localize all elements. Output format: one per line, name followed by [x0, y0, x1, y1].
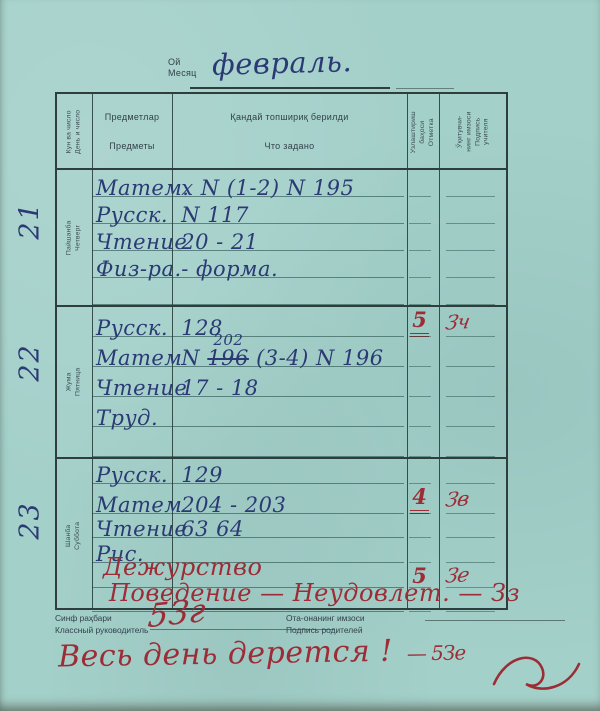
margin-date-saturday: 23 — [8, 488, 52, 552]
day-label-thursday: Пайшанба Четверг — [57, 170, 92, 305]
table-row: Чтение 17 - 18 — [92, 367, 506, 397]
class-teacher-label: Синф раҳбари Классный руководитель — [55, 612, 148, 636]
teacher-signature: Зч — [443, 309, 471, 335]
diary-table: Кун ва число День и число Предметлар Пре… — [55, 92, 508, 610]
header-task-column: Қандай топшириқ берилди Что задано — [172, 94, 407, 170]
table-row — [92, 278, 506, 305]
parents-signature-line — [425, 620, 565, 621]
diary-page: Ой Месяц февраль. 21 22 23 Кун ва число … — [0, 0, 600, 711]
table-row: Чтение 20 - 21 — [92, 224, 506, 251]
header-day-column: Кун ва число День и число — [57, 94, 92, 170]
table-row: Русск. N 117 — [92, 197, 506, 224]
margin-date-thursday: 21 — [8, 188, 52, 252]
day-block-friday: Жума Пятница Русск. 128 5 Зч Матем N 196… — [57, 305, 506, 457]
class-teacher-signature: 5Зг — [146, 591, 208, 636]
table-row: Матем N 196202 (3-4) N 196 — [92, 337, 506, 367]
day-block-saturday: Шанба Суббота Русск. 129 Матем 204 - 203… — [57, 457, 506, 612]
month-label-ru: Месяц — [168, 68, 197, 79]
day-label-saturday: Шанба Суббота — [57, 459, 92, 612]
month-label: Ой Месяц — [168, 57, 197, 80]
table-row: Русск. 128 5 Зч — [92, 307, 506, 337]
table-row: Чтение 63 64 — [92, 514, 506, 539]
teacher-remark: Весь день дерется !— 5Зе — [58, 632, 466, 674]
day-block-thursday: Пайшанба Четверг Матем. х N (1-2) N 195 … — [57, 170, 506, 305]
table-header: Кун ва число День и число Предметлар Пре… — [57, 94, 506, 170]
parents-signature-label: Ота-онанинг имзоси Подпись родителей — [286, 612, 365, 636]
teacher-signature: Зв — [443, 486, 470, 511]
red-entry-duty: Дежурство — [103, 553, 262, 581]
table-row: Матем. х N (1-2) N 195 — [92, 170, 506, 197]
table-row — [92, 427, 506, 457]
table-row: Русск. 129 — [92, 459, 506, 484]
grade-mark: 5 — [410, 307, 429, 337]
month-underline — [190, 87, 390, 89]
table-row: Матем 204 - 203 4 Зв — [92, 484, 506, 514]
header-grade-column: Узлаштириш баҳоси Отметка — [407, 94, 439, 170]
table-row: Труд. — [92, 397, 506, 427]
header-subject-column: Предметлар Предметы — [92, 94, 172, 170]
table-row: Физ-ра. - форма. — [92, 251, 506, 278]
day-label-friday: Жума Пятница — [57, 307, 92, 457]
header-signature-column: Ўқитувчи- нинг имзоси Подпись учителя — [439, 94, 510, 170]
month-label-uz: Ой — [168, 57, 197, 68]
margin-date-friday: 22 — [8, 330, 52, 394]
signature-flourish — [490, 648, 582, 696]
month-underline-2 — [396, 88, 454, 89]
month-value-handwritten: февраль. — [212, 44, 353, 82]
grade-mark: 4 — [410, 484, 429, 514]
